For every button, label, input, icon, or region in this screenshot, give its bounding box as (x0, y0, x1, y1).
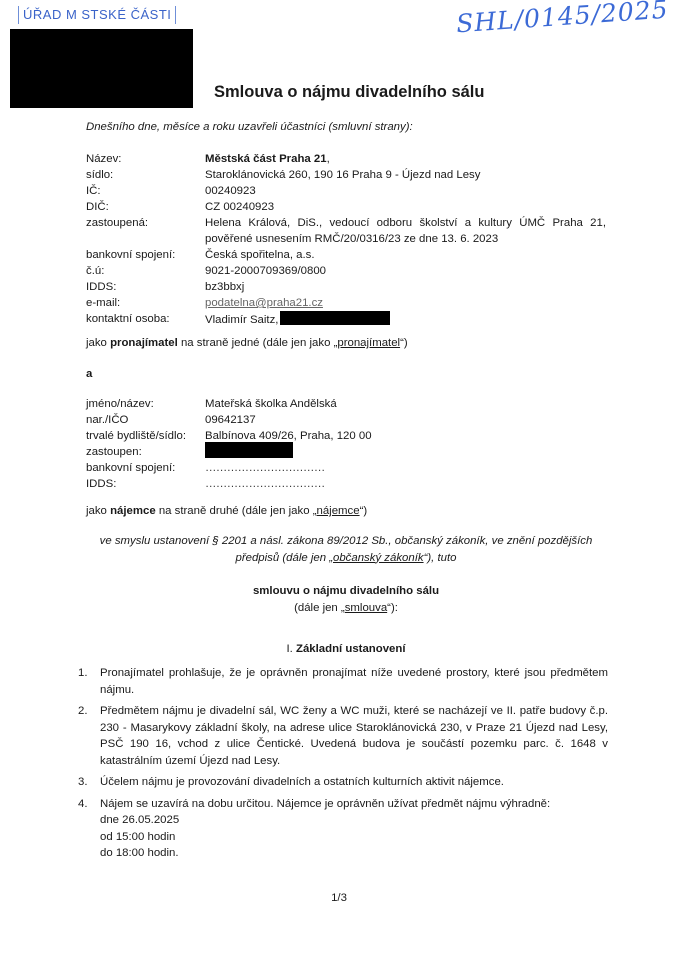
item-number: 3. (78, 774, 100, 791)
redacted-logo-block (10, 29, 193, 108)
page-number: 1/3 (0, 892, 678, 904)
section-list: 1. Pronajímatel prohlašuje, že je oprávn… (78, 665, 608, 862)
field-label: sídlo: (86, 167, 205, 183)
handwritten-reference-number: SHL/0145/2025 (455, 0, 669, 38)
landlord-row-represented: zastoupená: Helena Králová, DiS., vedouc… (86, 215, 606, 247)
landlord-row-idds: IDDS: bz3bbxj (86, 279, 606, 295)
redacted-contact (280, 311, 390, 325)
field-label: jméno/název: (86, 396, 205, 412)
contract-heading-block: smlouvu o nájmu divadelního sálu (dále j… (86, 583, 606, 616)
civil-code-alias: občanský zákoník (333, 552, 424, 564)
contract-heading: smlouvu o nájmu divadelního sálu (86, 583, 606, 600)
contract-alias: (dále jen „smlouva“): (86, 600, 606, 617)
schedule-date: dne 26.05.2025 (100, 812, 608, 829)
tenant-row-name: jméno/název: Mateřská školka Andělská (86, 396, 606, 412)
legal-line-1: ve smyslu ustanovení § 2201 a násl. záko… (86, 533, 606, 550)
landlord-row-email: e-mail: podatelna@praha21.cz (86, 295, 606, 311)
text: (dále jen „ (294, 602, 345, 614)
item-number: 2. (78, 703, 100, 769)
schedule-to: do 18:00 hodin. (100, 845, 608, 862)
item-text: Předmětem nájmu je divadelní sál, WC žen… (100, 703, 608, 769)
text: jako (86, 337, 110, 349)
list-item: 1. Pronajímatel prohlašuje, že je oprávn… (78, 665, 608, 698)
item-text: Účelem nájmu je provozování divadelních … (100, 774, 608, 791)
tenant-row-bank: bankovní spojení: …………………………… (86, 460, 606, 476)
and-separator: a (86, 366, 92, 382)
landlord-row-name: Název: Městská část Praha 21, (86, 151, 606, 167)
role-bold: pronajímatel (110, 337, 178, 349)
field-label: bankovní spojení: (86, 460, 205, 476)
field-label: Název: (86, 151, 205, 167)
contact-name: Vladimír Saitz, (205, 314, 278, 326)
section-heading: I. Základní ustanovení (86, 641, 606, 658)
landlord-details: Název: Městská část Praha 21, sídlo: Sta… (86, 151, 606, 328)
field-value: 09642137 (205, 412, 606, 428)
tenant-details: jméno/název: Mateřská školka Andělská na… (86, 396, 606, 492)
section-number: I. (286, 643, 296, 655)
field-value: Česká spořitelna, a.s. (205, 247, 606, 263)
field-value: Staroklánovická 260, 190 16 Praha 9 - Új… (205, 167, 606, 183)
comma: , (327, 153, 330, 165)
field-label: bankovní spojení: (86, 247, 205, 263)
email-link[interactable]: podatelna@praha21.cz (205, 297, 323, 309)
intro-text: Dnešního dne, měsíce a roku uzavřeli úča… (86, 121, 413, 133)
landlord-row-dic: DIČ: CZ 00240923 (86, 199, 606, 215)
redacted-representative (205, 442, 293, 458)
field-label: IČ: (86, 183, 205, 199)
text: jako (86, 505, 110, 517)
landlord-role-line: jako pronajímatel na straně jedné (dále … (86, 335, 408, 351)
field-label: č.ú: (86, 263, 205, 279)
list-item: 4. Nájem se uzavírá na dobu určitou. Náj… (78, 796, 608, 813)
legal-line-2: předpisů (dále jen „občanský zákoník“), … (86, 550, 606, 567)
field-label: trvalé bydliště/sídlo: (86, 428, 205, 444)
field-value: 9021-2000709369/0800 (205, 263, 606, 279)
field-label: kontaktní osoba: (86, 311, 205, 328)
field-label: nar./IČO (86, 412, 205, 428)
field-label: IDDS: (86, 476, 205, 492)
field-value: Helena Králová, DiS., vedoucí odboru ško… (205, 215, 606, 247)
role-alias: pronajímatel (337, 337, 400, 349)
alias-underlined: smlouva (345, 602, 387, 614)
text: “) (360, 505, 368, 517)
landlord-row-contact: kontaktní osoba: Vladimír Saitz, (86, 311, 606, 328)
schedule-from: od 15:00 hodin (100, 829, 608, 846)
text: “): (387, 602, 398, 614)
field-value: Mateřská školka Andělská (205, 396, 606, 412)
item-number: 4. (78, 796, 100, 813)
legal-basis: ve smyslu ustanovení § 2201 a násl. záko… (86, 533, 606, 566)
landlord-row-account: č.ú: 9021-2000709369/0800 (86, 263, 606, 279)
list-item: 3. Účelem nájmu je provozování divadelní… (78, 774, 608, 791)
tenant-role-line: jako nájemce na straně druhé (dále jen j… (86, 503, 367, 519)
landlord-name: Městská část Praha 21 (205, 153, 327, 165)
landlord-row-seat: sídlo: Staroklánovická 260, 190 16 Praha… (86, 167, 606, 183)
list-item: 2. Předmětem nájmu je divadelní sál, WC … (78, 703, 608, 769)
field-label: IDDS: (86, 279, 205, 295)
section-title: Základní ustanovení (296, 643, 406, 655)
landlord-row-ic: IČ: 00240923 (86, 183, 606, 199)
role-bold: nájemce (110, 505, 156, 517)
text: na straně jedné (dále jen jako „ (178, 337, 338, 349)
text: “) (400, 337, 408, 349)
item-text: Pronajímatel prohlašuje, že je oprávněn … (100, 665, 608, 698)
field-value: CZ 00240923 (205, 199, 606, 215)
text: předpisů (dále jen „ (236, 552, 334, 564)
item-text: Nájem se uzavírá na dobu určitou. Nájemc… (100, 796, 608, 813)
item-number: 1. (78, 665, 100, 698)
tenant-row-address: trvalé bydliště/sídlo: Balbínova 409/26,… (86, 428, 606, 444)
role-alias: nájemce (317, 505, 360, 517)
landlord-row-bank: bankovní spojení: Česká spořitelna, a.s. (86, 247, 606, 263)
field-value: …………………………… (205, 476, 606, 492)
field-value: …………………………… (205, 460, 606, 476)
document-title: Smlouva o nájmu divadelního sálu (214, 83, 484, 102)
tenant-row-id: nar./IČO 09642137 (86, 412, 606, 428)
field-label: zastoupen: (86, 444, 205, 460)
text: “), tuto (424, 552, 457, 564)
text: na straně druhé (dále jen jako „ (156, 505, 317, 517)
field-value: bz3bbxj (205, 279, 606, 295)
field-label: zastoupená: (86, 215, 205, 247)
tenant-row-represented: zastoupen: (86, 444, 606, 460)
rental-schedule: dne 26.05.2025 od 15:00 hodin do 18:00 h… (78, 812, 608, 862)
field-label: DIČ: (86, 199, 205, 215)
tenant-row-idds: IDDS: …………………………… (86, 476, 606, 492)
office-stamp: ÚŘAD M STSKÉ ČÁSTI (18, 6, 176, 24)
field-label: e-mail: (86, 295, 205, 311)
field-value: Městská část Praha 21, (205, 151, 606, 167)
field-value: 00240923 (205, 183, 606, 199)
